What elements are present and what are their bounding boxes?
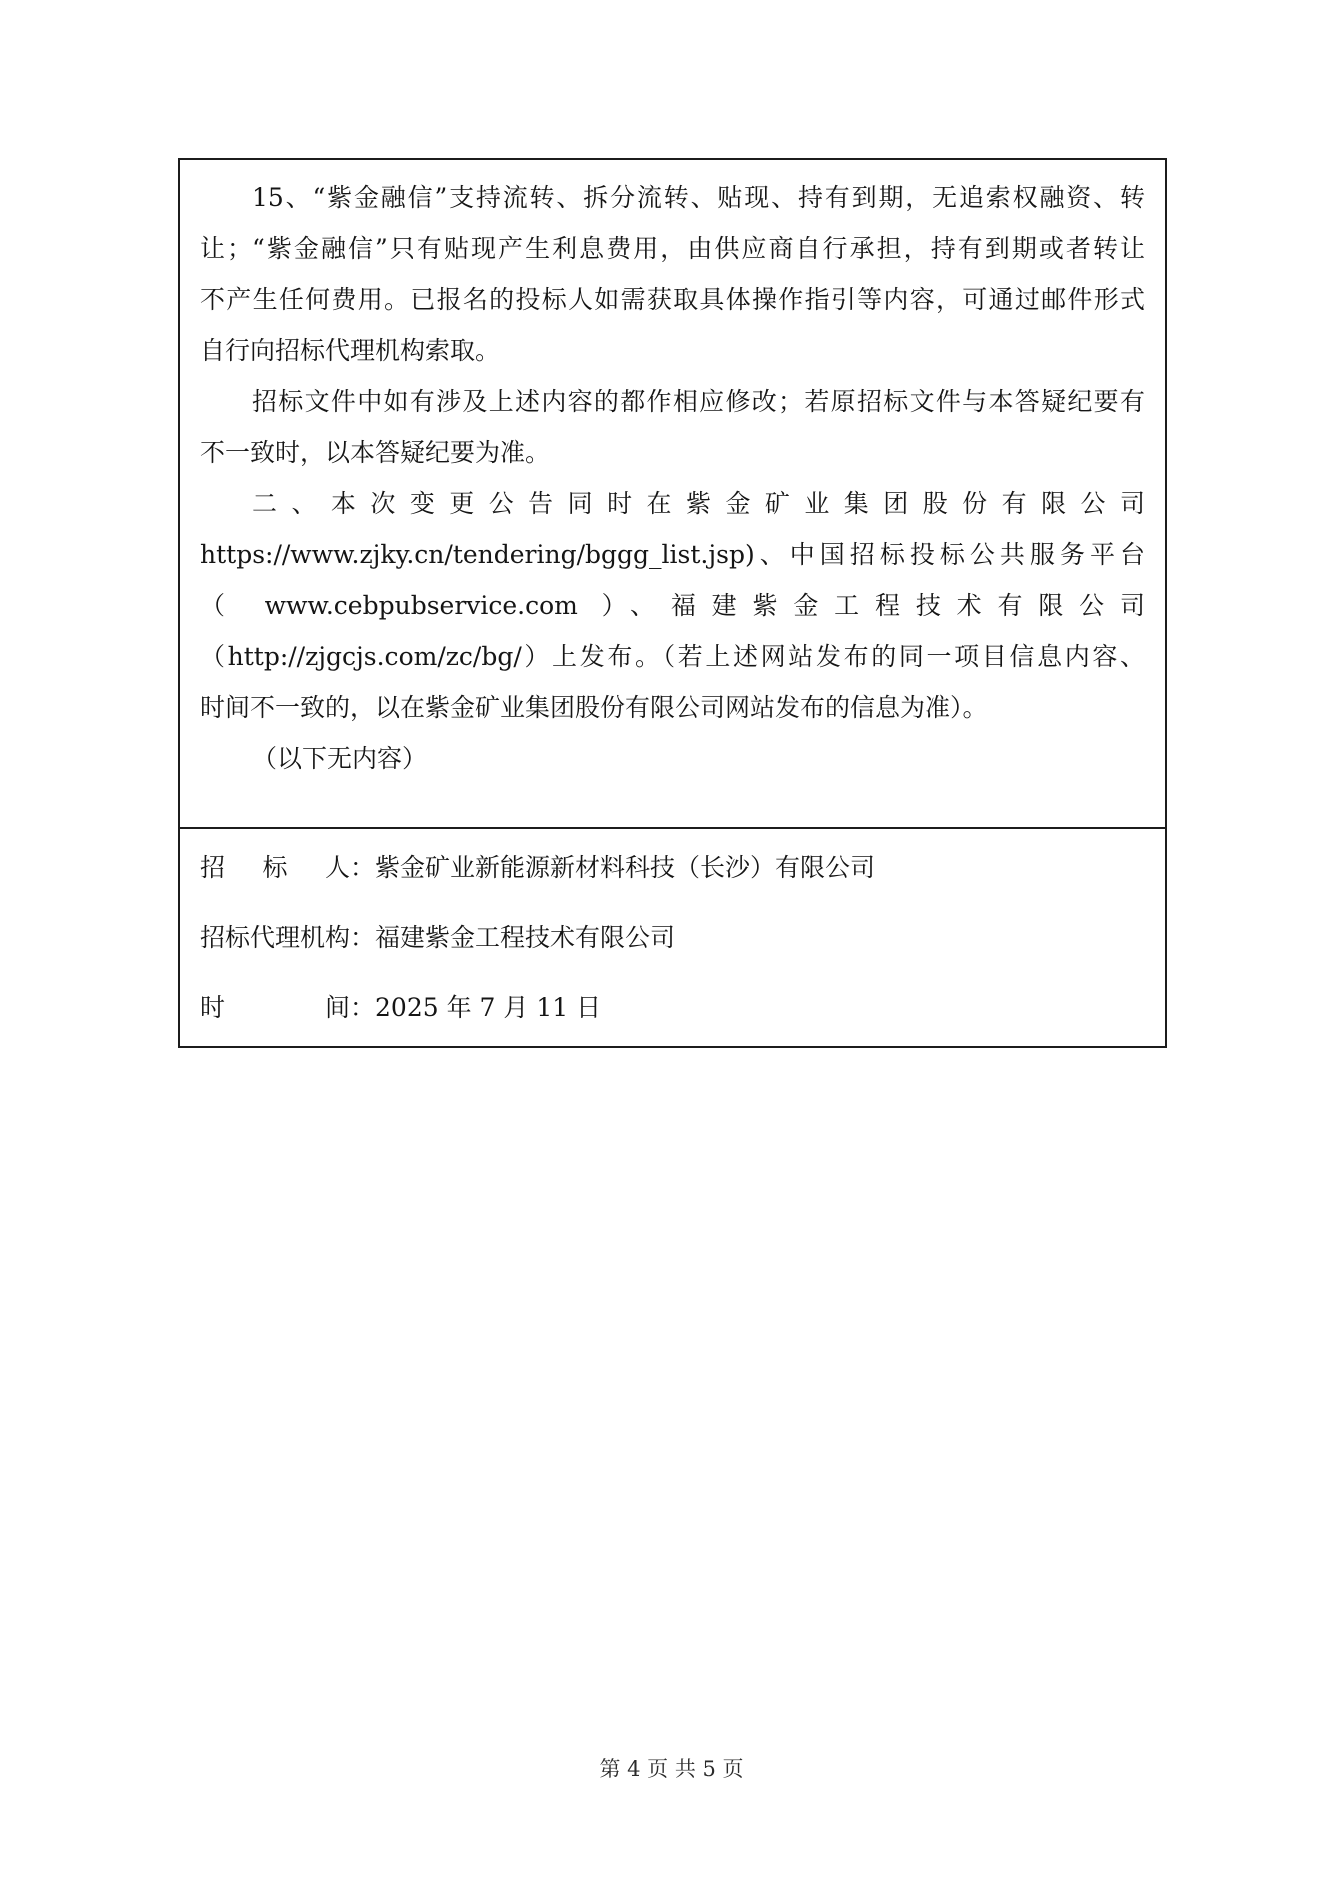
signature-label: 时间 [200,973,350,1043]
signature-row: 时间：2025 年 7 月 11 日 [200,973,1145,1043]
content-lines: 15、“紫金融信”支持流转、拆分流转、贴现、持有到期，无追索权融资、转让；“紫金… [200,172,1145,784]
signature-colon: ： [350,903,375,973]
text-line: https://www.zjky.cn/tendering/bggg_list.… [200,529,1145,580]
document-page: 15、“紫金融信”支持流转、拆分流转、贴现、持有到期，无追索权融资、转让；“紫金… [0,0,1343,1899]
text-line: 招标文件中如有涉及上述内容的都作相应修改；若原招标文件与本答疑纪要有 [200,376,1145,427]
text-line: （以下无内容） [200,733,1145,784]
signature-label: 招标代理机构 [200,903,350,973]
text-line: 二、本次变更公告同时在紫金矿业集团股份有限公司 [200,478,1145,529]
text-line: （http://zjgcjs.com/zc/bg/）上发布。（若上述网站发布的同… [200,631,1145,682]
text-line: 不产生任何费用。已报名的投标人如需获取具体操作指引等内容，可通过邮件形式 [200,274,1145,325]
signature-row: 招标人：紫金矿业新能源新材料科技（长沙）有限公司 [200,833,1145,903]
text-line: 15、“紫金融信”支持流转、拆分流转、贴现、持有到期，无追索权融资、转 [200,172,1145,223]
text-line: （ www.cebpubservice.com ）、福建紫金工程技术有限公司 [200,580,1145,631]
text-line: 自行向招标代理机构索取。 [200,325,1145,376]
page-number-footer: 第 4 页 共 5 页 [0,1753,1343,1783]
signature-value: 紫金矿业新能源新材料科技（长沙）有限公司 [375,833,875,903]
page-number-text: 第 4 页 共 5 页 [599,1757,743,1781]
signature-box: 招标人：紫金矿业新能源新材料科技（长沙）有限公司招标代理机构：福建紫金工程技术有… [178,827,1167,1048]
main-content-box: 15、“紫金融信”支持流转、拆分流转、贴现、持有到期，无追索权融资、转让；“紫金… [178,158,1167,829]
signature-row: 招标代理机构：福建紫金工程技术有限公司 [200,903,1145,973]
signature-colon: ： [350,833,375,903]
text-line: 不一致时，以本答疑纪要为准。 [200,427,1145,478]
signature-value: 2025 年 7 月 11 日 [375,973,601,1043]
signature-value: 福建紫金工程技术有限公司 [375,903,675,973]
text-line: 让；“紫金融信”只有贴现产生利息费用，由供应商自行承担，持有到期或者转让 [200,223,1145,274]
signature-colon: ： [350,973,375,1043]
signature-rows: 招标人：紫金矿业新能源新材料科技（长沙）有限公司招标代理机构：福建紫金工程技术有… [200,833,1145,1043]
signature-label: 招标人 [200,833,350,903]
text-line: 时间不一致的，以在紫金矿业集团股份有限公司网站发布的信息为准）。 [200,682,1145,733]
